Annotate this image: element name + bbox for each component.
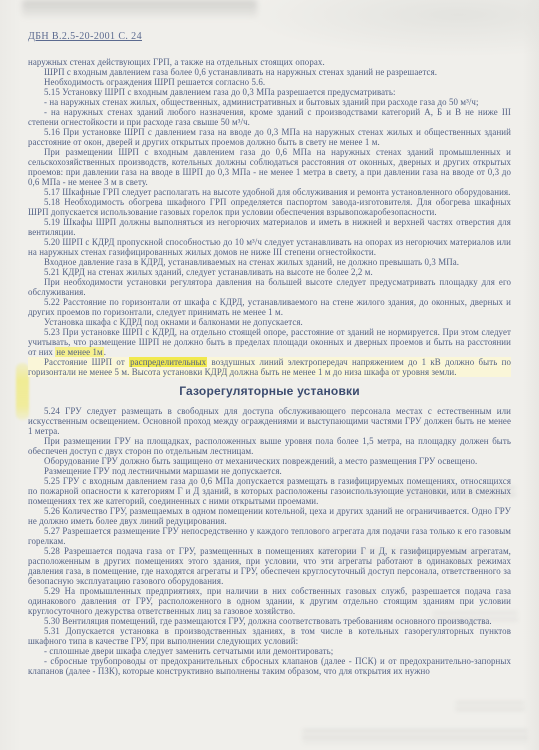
paragraph: Входное давление газа в КДРД, устанавлив… — [28, 257, 511, 267]
section-heading: Газорегуляторные установки — [28, 386, 511, 396]
paragraph: 5.15 Установку ШРП с входным давлением г… — [28, 87, 511, 97]
paragraph: 5.17 Шкафные ГРП следует располагать на … — [28, 187, 511, 197]
paragraph: 5.19 Шкафы ШРП должны выполняться из нег… — [28, 217, 511, 237]
paragraph: При размещении ГРУ на площадках, располо… — [28, 436, 511, 456]
paragraph: При размещении ШРП с входным давлением г… — [28, 147, 511, 187]
paragraph: 5.29 На промышленных предприятиях, при н… — [28, 586, 511, 616]
paragraph: 5.20 ШРП с КДРД пропускной способностью … — [28, 237, 511, 257]
paragraph: Установка шкафа с КДРД под окнами и балк… — [28, 317, 511, 327]
paragraph: 5.30 Вентиляция помещений, где размещают… — [28, 616, 511, 626]
scan-smudge — [302, 729, 528, 744]
paragraph: При необходимости установки регулятора д… — [28, 277, 511, 297]
highlighted-text: распределительных — [129, 357, 207, 367]
paragraph: - на наружных стенах зданий любого назна… — [28, 107, 511, 127]
paragraph: 5.24 ГРУ следует размещать в свободных д… — [28, 406, 511, 436]
paragraph: Расстояние ШРП от распределительных возд… — [28, 357, 511, 377]
paragraph: 5.21 КДРД на стенах жилых зданий, следуе… — [28, 267, 511, 277]
paragraph: 5.26 Количество ГРУ, размещаемых в одном… — [28, 506, 511, 526]
paragraph: 5.28 Разрешается подача газа от ГРУ, раз… — [28, 546, 511, 586]
page-code-header: ДБН В.2.5-20-2001 С. 24 — [28, 31, 142, 42]
scan-smudge — [22, 0, 257, 17]
scan-smudge — [455, 701, 525, 712]
paragraph: наружных стенах действующих ГРП, а также… — [28, 57, 511, 67]
highlighted-text: не менее 1м — [55, 347, 103, 357]
paragraph: 5.27 Разрешается размещение ГРУ непосред… — [28, 526, 511, 546]
paragraph: ШРП с входным давлением газа более 0,6 у… — [28, 67, 511, 77]
paragraph: 5.18 Необходимость обогрева шкафного ГРП… — [28, 197, 511, 217]
body-text: наружных стенах действующих ГРП, а также… — [28, 57, 511, 676]
paragraph: 5.23 При установке ШРП с КДРД, на отдель… — [28, 327, 511, 357]
paragraph: - сбросные трубопроводы от предохранител… — [28, 656, 511, 676]
paragraph: 5.16 При установке ШРП с давлением газа … — [28, 127, 511, 147]
paragraph: Размещение ГРУ под лестничными маршами н… — [28, 466, 511, 476]
paragraph: Оборудование ГРУ должно быть защищено от… — [28, 456, 511, 466]
paragraph: - на наружных стенах жилых, общественных… — [28, 97, 511, 107]
paragraph: 5.22 Расстояние по горизонтали от шкафа … — [28, 297, 511, 317]
paragraph: 5.31 Допускается установка в производств… — [28, 626, 511, 646]
paragraph: Необходимость ограждения ШРП решается со… — [28, 77, 511, 87]
paragraph: - сплошные двери шкафа следует заменить … — [28, 646, 511, 656]
paragraph: 5.25 ГРУ с входным давлением газа до 0,6… — [28, 476, 511, 506]
scanned-document-page: ДБН В.2.5-20-2001 С. 24 наружных стенах … — [0, 0, 539, 750]
